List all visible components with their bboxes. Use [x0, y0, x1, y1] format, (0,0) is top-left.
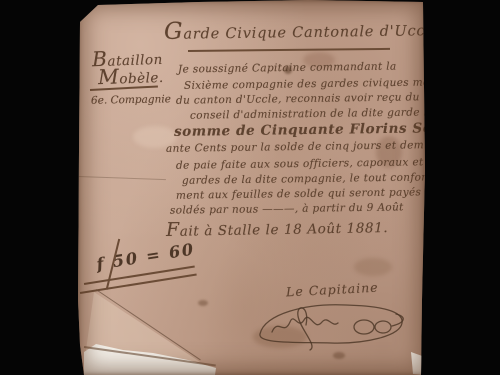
photo-background: Garde Civique Cantonale d'Uccle Bataillo… — [0, 0, 500, 375]
document-paper: Garde Civique Cantonale d'Uccle Bataillo… — [78, 0, 425, 375]
paper-edge-shading — [78, 0, 425, 375]
